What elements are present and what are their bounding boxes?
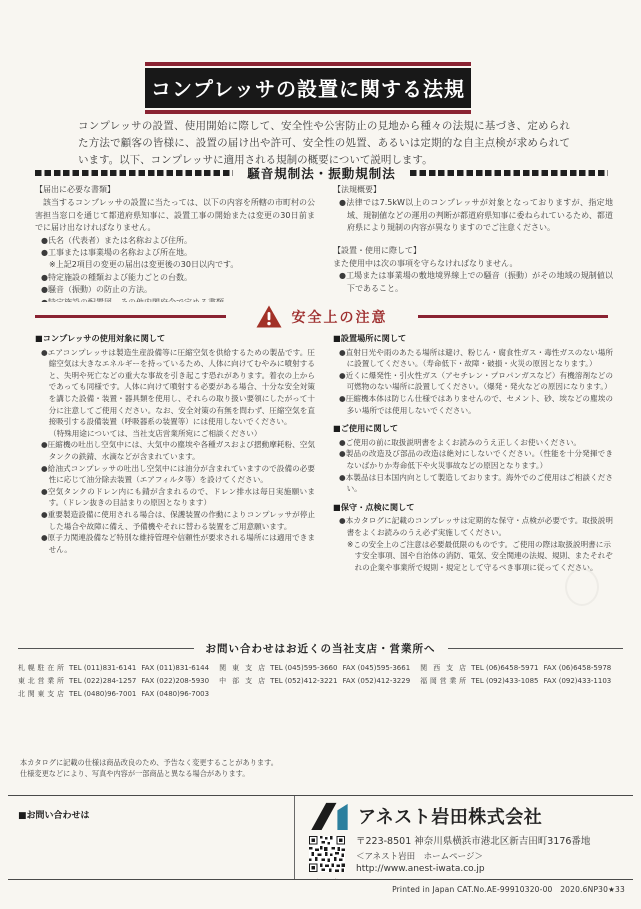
noise-left-column: 【届出に必要な書類】 該当するコンプレッサの設置に当たっては、以下の内容を所轄の…: [35, 184, 315, 302]
company-name: アネスト岩田株式会社: [358, 803, 542, 829]
office-name: 中部支店: [219, 675, 265, 688]
office-contact: 福岡営業所 TEL (092)433-1085 FAX (092)433-110…: [420, 675, 611, 688]
inquiry-label: ■お問い合わせは: [18, 811, 90, 821]
maintenance-heading: ■保守・点検に関して: [333, 502, 613, 514]
location-heading: ■設置場所に関して: [333, 333, 613, 345]
list-item: ●給油式コンプレッサの吐出し空気中には油分が含まれていますので設備の必要性に応じ…: [41, 463, 315, 486]
safety-section-title: 安全上の注意: [292, 307, 388, 327]
list-item: ●本カタログに記載のコンプレッサは定期的な保守・点検が必要です。取扱説明書をよく…: [339, 515, 613, 538]
office-fax: FAX (052)412-3229: [342, 675, 410, 688]
safety-left-column: ■コンプレッサの使用対象に関して ●エアコンプレッサは製造生産設備等に圧縮空気を…: [35, 333, 315, 585]
office-fax: FAX (0480)96-7003: [141, 688, 209, 701]
contact-rule-left: [18, 648, 194, 649]
office-tel: TEL (0480)96-7001: [69, 688, 136, 701]
list-item: ●法律では7.5kW以上のコンプレッサが対象となっておりますが、指定地域、規制値…: [339, 197, 613, 234]
noise-section-title: 騒音規制法・振動規制法: [247, 164, 396, 182]
noise-section-title-row: 騒音規制法・振動規制法: [35, 164, 608, 182]
install-use-heading: 【設置・使用に際して】: [333, 245, 613, 257]
list-item: ●重要製造設備に使用される場合は、保護装置の作動によりコンプレッサが停止した場合…: [41, 509, 315, 532]
safety-columns: ■コンプレッサの使用対象に関して ●エアコンプレッサは製造生産設備等に圧縮空気を…: [35, 333, 613, 585]
spec-disclaimer: 本カタログに記載の仕様は商品改良のため、予告なく変更することがあります。 仕様変…: [20, 757, 278, 779]
list-item: ●近くに爆発性・引火性ガス（アセチレン・プロパンガスなど）有機溶剤などの可燃物の…: [339, 370, 613, 393]
title-banner: コンプレッサの設置に関する法規: [145, 62, 471, 114]
homepage-label: ＜アネスト岩田 ホームページ＞: [356, 851, 590, 864]
office-name: 北関東支店: [18, 688, 64, 701]
footer-box: ■お問い合わせは アネスト岩田株式会社: [8, 795, 633, 880]
office-fax: FAX (045)595-3661: [342, 662, 410, 675]
punch-hole-shadow: [565, 568, 599, 606]
office-tel: TEL (011)831-6141: [69, 662, 136, 675]
printed-info: Printed in Japan CAT.No.AE-99910320-00 2…: [392, 884, 625, 895]
office-contact: 中部支店 TEL (052)412-3221 FAX (052)412-3229: [219, 675, 410, 688]
office-contact: 北関東支店 TEL (0480)96-7001 FAX (0480)96-700…: [18, 688, 209, 701]
office-tel: TEL (045)595-3660: [270, 662, 337, 675]
office-name: 福岡営業所: [420, 675, 466, 688]
warning-icon: [256, 305, 282, 328]
list-item: ●騒音（振動）の防止の方法。: [41, 284, 315, 296]
list-item: ●特定施設の配置図、その他内閣府令で定める書類。: [41, 297, 315, 302]
banner-top-stripe: [145, 62, 471, 66]
contact-column-2: 関東支店 TEL (045)595-3660 FAX (045)595-3661…: [219, 662, 410, 701]
list-item: ●原子力関連設備など特別な維持管理や信頼性が要求される場所には適用できません。: [41, 532, 315, 555]
list-item: ●エアコンプレッサは製造生産設備等に圧縮空気を供給するための製品です。圧縮空気は…: [41, 347, 315, 428]
list-item: ●直射日光や雨のあたる場所は避け、粉じん・腐食性ガス・毒性ガスのない場所に設置し…: [339, 347, 613, 370]
footer-inquiry-cell: ■お問い合わせは: [8, 796, 295, 879]
office-tel: TEL (06)6458-5971: [471, 662, 538, 675]
contact-grid: 札幌駐在所 TEL (011)831-6141 FAX (011)831-614…: [18, 662, 631, 701]
page-title: コンプレッサの設置に関する法規: [145, 68, 471, 108]
safety-rule-right: [418, 315, 609, 318]
qr-caption: アネスト岩田: [309, 877, 347, 879]
office-tel: TEL (092)433-1085: [471, 675, 538, 688]
noise-left-body: 該当するコンプレッサの設置に当たっては、以下の内容を所轄の市町村の公害担当窓口を…: [35, 197, 315, 234]
disclaimer-line: 本カタログに記載の仕様は商品改良のため、予告なく変更することがあります。: [20, 757, 278, 768]
list-item: ●氏名（代表者）または名称および住所。: [41, 235, 315, 247]
contact-column-3: 関西支店 TEL (06)6458-5971 FAX (06)6458-5978…: [420, 662, 611, 701]
banner-bottom-stripe: [145, 110, 471, 114]
list-item: ●本製品は日本国内向として製造しております。海外でのご使用はご相談ください。: [339, 472, 613, 495]
homepage-url: http://www.anest-iwata.co.jp: [356, 863, 590, 876]
office-fax: FAX (011)831-6144: [141, 662, 209, 675]
qr-code: [309, 836, 345, 872]
list-item-note: （特殊用途については、当社支店営業所宛にご相談ください）: [49, 428, 315, 440]
office-name: 東北営業所: [18, 675, 64, 688]
use-heading: ■ご使用に関して: [333, 423, 613, 435]
list-item: ●工事または事業場の名称および所在地。: [41, 247, 315, 259]
list-item-note: ※この安全上のご注意は必要最低限のものです。ご使用の際は取扱説明書に示す安全事項…: [347, 539, 613, 574]
install-use-body: また使用中は次の事項を守らなければなりません。: [333, 258, 613, 270]
contact-section-header: お問い合わせはお近くの当社支店・営業所へ: [18, 641, 623, 656]
noise-left-heading: 【届出に必要な書類】: [35, 184, 315, 196]
list-item: ●製品の改造及び部品の改造は絶対にしないでください。（性能を十分発揮できないばか…: [339, 448, 613, 471]
company-address: 〒223-8501 神奈川県横浜市港北区新吉田町3176番地: [356, 836, 590, 849]
office-name: 札幌駐在所: [18, 662, 64, 675]
safety-right-column: ■設置場所に関して ●直射日光や雨のあたる場所は避け、粉じん・腐食性ガス・毒性ガ…: [333, 333, 613, 585]
footer-company-cell: アネスト岩田株式会社 アネスト岩田 〒223-8501 神奈川県横浜市港北区新吉…: [295, 796, 633, 879]
office-contact: 関西支店 TEL (06)6458-5971 FAX (06)6458-5978: [420, 662, 611, 675]
usage-target-heading: ■コンプレッサの使用対象に関して: [35, 333, 315, 345]
office-fax: FAX (06)6458-5978: [544, 662, 612, 675]
contact-title: お問い合わせはお近くの当社支店・営業所へ: [206, 641, 436, 656]
company-logo: [309, 802, 349, 830]
contact-rule-right: [448, 648, 624, 649]
office-name: 関東支店: [219, 662, 265, 675]
noise-right-column: 【法規概要】 ●法律では7.5kW以上のコンプレッサが対象となっておりますが、指…: [333, 184, 613, 302]
catalog-page: コンプレッサの設置に関する法規 コンプレッサの設置、使用開始に際して、安全性や公…: [0, 0, 641, 909]
safety-section-header: 安全上の注意: [35, 305, 608, 328]
contact-column-1: 札幌駐在所 TEL (011)831-6141 FAX (011)831-614…: [18, 662, 209, 701]
list-item-note: ※上記2項目の変更の届出は変更後の30日以内です。: [49, 259, 315, 271]
disclaimer-line: 仕様変更などにより、写真や内容が一部商品と異なる場合があります。: [20, 768, 278, 779]
office-name: 関西支店: [420, 662, 466, 675]
squares-divider-left: [35, 170, 233, 177]
office-contact: 東北営業所 TEL (022)284-1257 FAX (022)208-593…: [18, 675, 209, 688]
list-item: ●空気タンクのドレン内にも錆が含まれるので、ドレン排水は毎日実施願います。（ドレ…: [41, 486, 315, 509]
office-fax: FAX (092)433-1103: [544, 675, 612, 688]
safety-rule-left: [35, 315, 226, 318]
office-fax: FAX (022)208-5930: [141, 675, 209, 688]
list-item: ●圧縮機本体は防じん仕様ではありませんので、セメント、砂、埃などの塵埃の多い場所…: [339, 393, 613, 416]
office-contact: 札幌駐在所 TEL (011)831-6141 FAX (011)831-614…: [18, 662, 209, 675]
squares-divider-right: [410, 170, 608, 177]
noise-section-columns: 【届出に必要な書類】 該当するコンプレッサの設置に当たっては、以下の内容を所轄の…: [35, 184, 613, 302]
list-item: ●工場または事業場の敷地境界線上での騒音（振動）がその地域の規制値以下であること…: [339, 270, 613, 295]
office-tel: TEL (052)412-3221: [270, 675, 337, 688]
law-overview-heading: 【法規概要】: [333, 184, 613, 196]
list-item: ●ご使用の前に取扱説明書をよくお読みのうえ正しくお使いください。: [339, 437, 613, 449]
list-item: ●特定施設の種類および能力ごとの台数。: [41, 272, 315, 284]
office-contact: 関東支店 TEL (045)595-3660 FAX (045)595-3661: [219, 662, 410, 675]
list-item: ●圧縮機の吐出し空気中には、大気中の塵埃や各種ガスおよび摺動摩耗粉、空気タンクの…: [41, 439, 315, 462]
office-tel: TEL (022)284-1257: [69, 675, 136, 688]
